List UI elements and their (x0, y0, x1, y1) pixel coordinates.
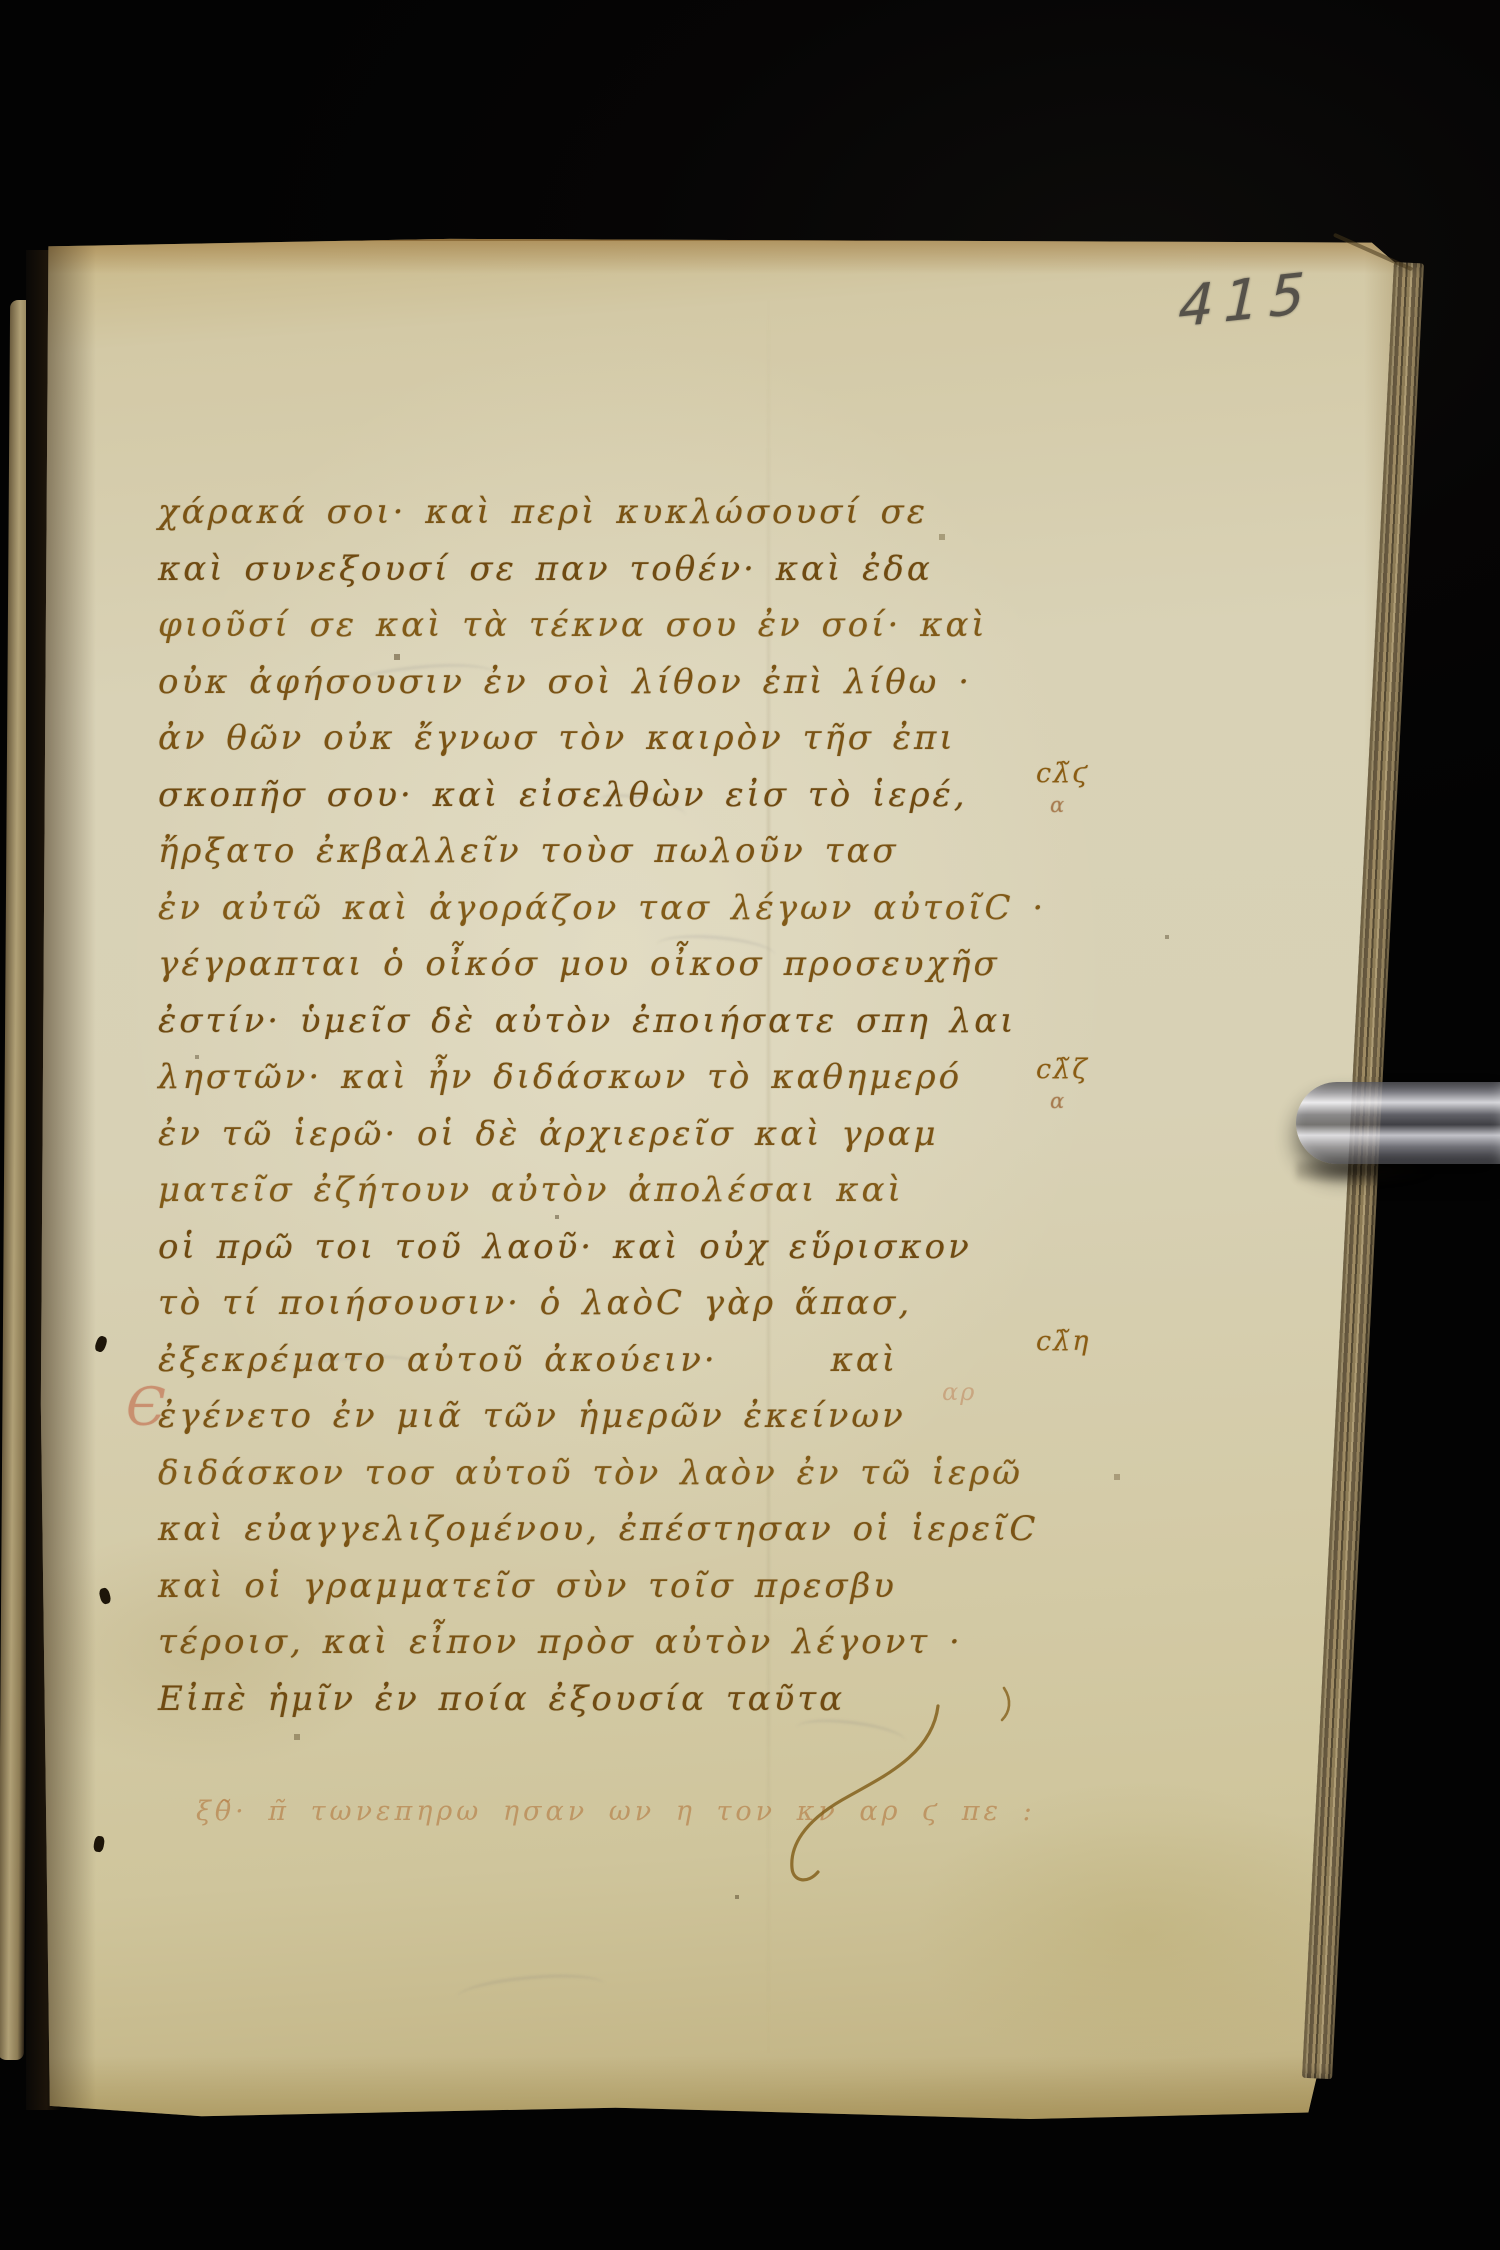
text-line: τὸ τί ποιήσουσιν· ὁ λαὸϹ γὰρ ἅπασ, (158, 1275, 1038, 1332)
faded-correction: αρ (942, 1378, 976, 1406)
parchment-specks (36, 236, 38, 238)
text-line: ἐγένετο ἐν μιᾶ τῶν ἡμερῶν ἐκείνων (158, 1388, 1038, 1445)
page-top-browning (36, 236, 1416, 274)
section-number: ϲλ̃ϛ (1036, 758, 1089, 789)
text-line: φιοῦσί σε καὶ τὰ τέκνα σου ἐν σοί· καὶ (158, 597, 1038, 654)
gutter-notch (93, 1835, 106, 1852)
kephalaion-rubric: ξθ̃· π̃ τωνεπηρω ησαν ων η τον κν αρ ϛ π… (196, 1796, 1036, 1827)
text-line: ἐστίν· ὑμεῖσ δὲ αὐτὸν ἐποιήσατε σπη λαι (158, 993, 1038, 1050)
text-line: ἐν τῶ ἱερῶ· οἱ δὲ ἀρχιερεῖσ καὶ γραμ (158, 1106, 1038, 1163)
section-number-note: ϲλ̃ϛ α (1036, 758, 1089, 817)
rubric-initial: Є (126, 1378, 166, 1438)
text-line: γέγραπται ὁ οἶκόσ μου οἶκοσ προσευχῆσ (158, 936, 1038, 993)
section-number-note: ϲλ̃ζ α (1036, 1054, 1089, 1113)
text-line: χάρακά σοι· καὶ περὶ κυκλώσουσί σε (158, 484, 1038, 541)
text-line: τέροισ, καὶ εἶπον πρὸσ αὐτὸν λέγοντ · (158, 1614, 1038, 1671)
text-line: ἀν θῶν οὐκ ἔγνωσ τὸν καιρὸν τῆσ ἐπι (158, 710, 1038, 767)
section-subletter: α (1050, 1089, 1089, 1113)
section-number-note: ϲλ̃η (1036, 1326, 1090, 1357)
show-through-stroke (455, 1970, 607, 2014)
page-holder-clip (1296, 1082, 1500, 1164)
text-line: οὐκ ἀφήσουσιν ἐν σοὶ λίθον ἐπὶ λίθω · (158, 654, 1038, 711)
text-line: οἱ πρῶ τοι τοῦ λαοῦ· καὶ οὐχ εὕρισκον (158, 1219, 1038, 1276)
page-bottom-browning (36, 2056, 1416, 2120)
text-line: ἐξεκρέματο αὐτοῦ ἀκούειν· καὶ (158, 1332, 1038, 1389)
section-number: ϲλ̃ζ (1036, 1054, 1089, 1085)
text-line: Εἰπὲ ἡμῖν ἐν ποία ἐξουσία ταῦτα (158, 1671, 1038, 1728)
main-text-column: χάρακά σοι· καὶ περὶ κυκλώσουσί σε καὶ σ… (158, 484, 1038, 1727)
text-line: ἐν αὐτῶ καὶ ἀγοράζον τασ λέγων αὐτοῖϹ · (158, 880, 1038, 937)
section-subletter: α (1050, 793, 1089, 817)
section-number: ϲλ̃η (1036, 1326, 1090, 1357)
text-line: σκοπῆσ σου· καὶ εἰσελθὼν εἰσ τὸ ἱερέ, (158, 767, 1038, 824)
photo-black-backdrop: 415 χάρακά σοι· καὶ περὶ κυκλώσουσί σε κ… (0, 0, 1500, 2250)
text-line: ἤρξατο ἐκβαλλεῖν τοὺσ πωλοῦν τασ (158, 823, 1038, 880)
text-line: καὶ συνεξουσί σε παν τοθέν· καὶ ἐδα (158, 541, 1038, 598)
text-line: ληστῶν· καὶ ἦν διδάσκων τὸ καθημερό (158, 1049, 1038, 1106)
gutter-notch (98, 1587, 112, 1605)
text-line: διδάσκον τοσ αὐτοῦ τὸν λαὸν ἐν τῶ ἱερῶ (158, 1445, 1038, 1502)
text-line: καὶ οἱ γραμματεῖσ σὺν τοῖσ πρεσβυ (158, 1558, 1038, 1615)
text-line: ματεῖσ ἐζήτουν αὐτὸν ἀπολέσαι καὶ (158, 1162, 1038, 1219)
text-line: καὶ εὐαγγελιζομένου, ἐπέστησαν οἱ ἱερεῖϹ (158, 1501, 1038, 1558)
